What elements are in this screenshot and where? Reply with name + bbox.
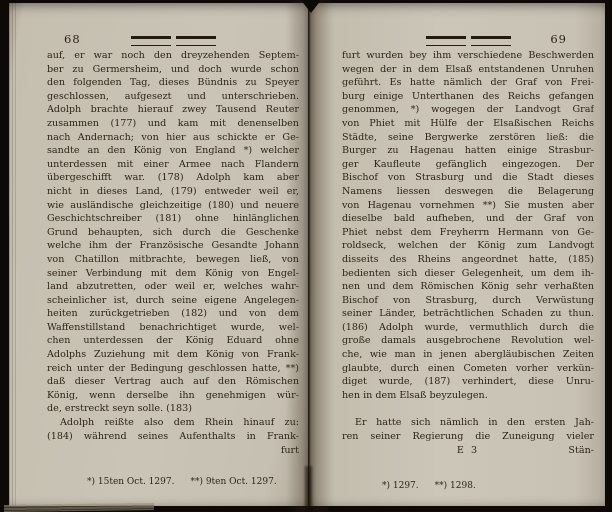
text-line: burg einige Unterthanen des Reichs gefan… [342,90,594,104]
text-line: disseits des Rheins angeordnet hatte, (1… [342,253,594,267]
text-line: nicht in dieses Land, (179) entweder wei… [47,185,299,199]
text-line: genommen, *) wogegen der Landvogt Graf [342,103,594,117]
text-line: chen unterdessen der König Eduard ohne [47,334,299,348]
text-line: den folgenden Tag, dieses Bündnis zu Spe… [47,76,299,90]
text-line: Geschichtschreiber (181) ohne hinlänglic… [47,212,299,226]
catchword: Stän- [568,444,594,458]
footnote-line: *) 15ten Oct. 1297.**) 9ten Oct. 1297. [87,476,277,488]
page-68: 68 auf, er war noch den dreyzehenden Sep… [9,3,308,506]
text-line: Bischof von Strasburg und die Stadt dies… [342,171,594,185]
book-scan-photo: 68 auf, er war noch den dreyzehenden Sep… [0,0,612,512]
text-line: Burger zu Hagenau hatten einige Strasbur… [342,144,594,158]
double-rule-ornament [342,36,594,46]
page-68-body: auf, er war noch den dreyzehenden Septem… [47,49,299,443]
text-line: ren seiner Regierung die Zuneigung viele… [342,430,594,444]
text-line: de, erstreckt seyn solle. (183) [47,402,299,416]
text-line: wie ausländische gleichzeitige (180) und… [47,199,299,213]
text-line: (186) Adolph wurde, vermuthlich durch di… [342,321,594,335]
text-line: land abzutretten, oder weil er, welches … [47,280,299,294]
text-line: zusammen (177) und kam mit denenselben [47,117,299,131]
signature-mark: E 3 [342,444,594,458]
page-69-body: furt wurden bey ihm verschiedene Beschwe… [342,49,594,443]
footnote-item: **) 9ten Oct. 1297. [190,476,276,488]
text-line: sandte an den König von England *) welch… [47,144,299,158]
double-rule-ornament [47,36,299,46]
text-line: nen und dem Römischen König sehr verhaßt… [342,280,594,294]
text-line: bedienten sich dieser Gelegenheit, um de… [342,267,594,281]
text-line: unterdessen mit einer Armee nach Flander… [47,158,299,172]
text-line: reich unter der Bedingung geschlossen ha… [47,362,299,376]
text-line: seiner Verbindung mit dem König von Enge… [47,267,299,281]
text-line: Adolph reißte also dem Rhein hinauf zu: [47,416,299,430]
text-line: hen in dem Elsaß beyzulegen. [342,389,594,403]
text-line: furt wurden bey ihm verschiedene Beschwe… [342,49,594,63]
text-line: König, wenn derselbe ihn genehmigen wür- [47,389,299,403]
text-line: ger Kaufleute gefänglich eingezogen. Der [342,158,594,172]
page-69: 69 furt wurden bey ihm verschiedene Besc… [308,3,605,506]
text-line: wegen der in dem Elsaß entstandenen Unru… [342,63,594,77]
text-line: Grund behaupten, sich durch die Geschenk… [47,226,299,240]
text-line: Adolphs Zuziehung mit dem König von Fran… [47,348,299,362]
text-line: Phiet nebst dem Freyherrn Hermann von Ge… [342,226,594,240]
text-line: von Hagenau vornehmen **) Sie musten abe… [342,199,594,213]
text-line: diget wurde, (187) verhindert, diese Unr… [342,375,594,389]
page-edge-texture [9,3,18,506]
text-line: Adolph brachte hierauf zwey Tausend Reut… [47,103,299,117]
text-line: übergeschifft war. (178) Adolph kam aber [47,171,299,185]
text-line: auf, er war noch den dreyzehenden Septem… [47,49,299,63]
text-line [342,402,594,416]
text-line: heiten zurückgetrieben (182) und von dem [47,307,299,321]
text-line: von Phiet mit Hülfe der Elsaßischen Reic… [342,117,594,131]
footnote-item: *) 15ten Oct. 1297. [87,476,174,488]
text-line: Namens liessen deswegen die Belagerung [342,185,594,199]
text-line: welche ihm der Französische Gesandte Joh… [47,239,299,253]
text-line: von Chatillon mitbrachte, bewegen ließ, … [47,253,299,267]
text-line: che, wie man in jenen abergläubischen Ze… [342,348,594,362]
text-line: ber zu Germersheim, und doch wurde schon [47,63,299,77]
text-line: nach Andernach; von hier aus schickte er… [47,131,299,145]
text-line: geschlossen, aufgesezt und unterschriebe… [47,90,299,104]
page-stack-edges [4,503,154,512]
catchword: furt [47,444,299,458]
text-line: (184) während seines Aufenthalts in Fran… [47,430,299,444]
text-line: Städte, seine Bergwerke zerstören ließ: … [342,131,594,145]
footnote-line: *) 1297.**) 1298. [382,480,476,492]
binding-top-notch [301,0,321,13]
text-line: geführt. Es hatte nämlich der Graf von F… [342,76,594,90]
footnote-item: *) 1297. [382,480,419,492]
text-line: dieselbe bald aufheben, und der Graf von [342,212,594,226]
text-line: Er hatte sich nämlich in den ersten Jah- [342,416,594,430]
text-line: scheinlicher ist, durch seine eigene Ang… [47,294,299,308]
text-line: glaubte, durch einen Cometen vorher verk… [342,362,594,376]
text-line: roldseck, welchen der König zum Landvogt [342,239,594,253]
text-line: seiner Länder, beträchtlichen Schaden zu… [342,307,594,321]
binding-bottom-shadow [305,466,312,512]
text-line: Bischof von Strasburg, durch Verwüstung [342,294,594,308]
text-line: Waffenstillstand benachrichtiget wurde, … [47,321,299,335]
footnote-item: **) 1298. [435,480,476,492]
text-line: daß dieser Vertrag auch auf den Römische… [47,375,299,389]
text-line: große damals ausgebrochene Revolution we… [342,334,594,348]
